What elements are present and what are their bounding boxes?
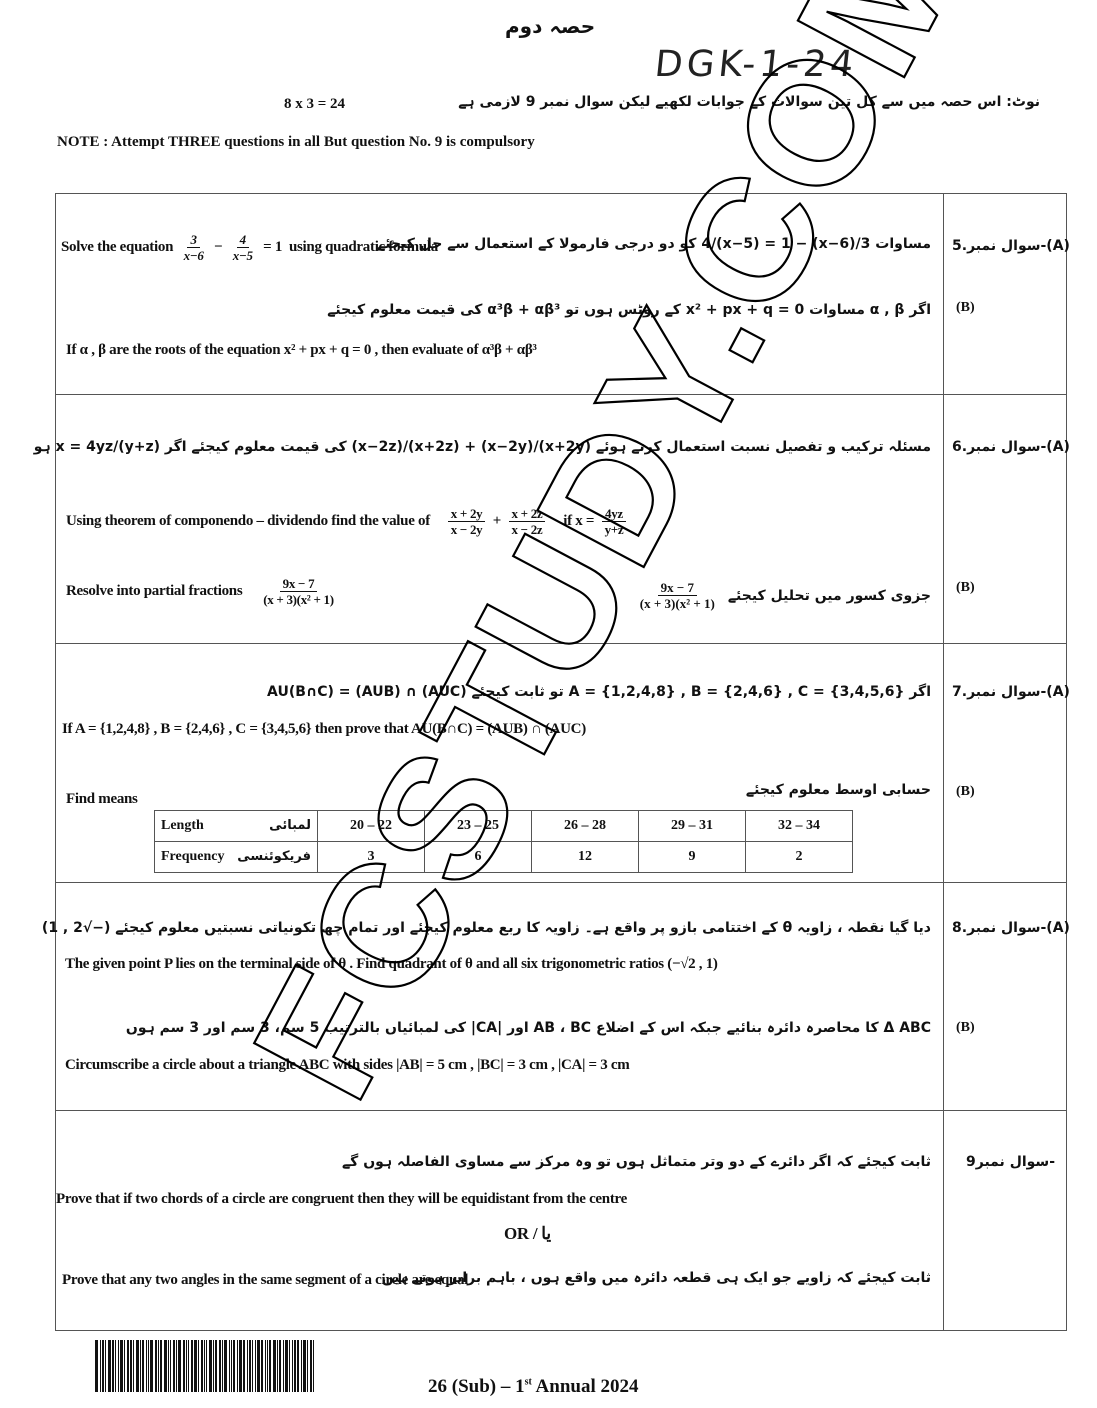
- q9-english-1: Prove that if two chords of a circle are…: [56, 1191, 627, 1208]
- q5a-prefix: Solve the equation: [61, 239, 173, 255]
- q5a-urdu: مساوات 3/(x−6) − 4/(x−5) = 1 کو دو درجی …: [377, 236, 931, 252]
- section-title: حصہ دوم: [505, 14, 595, 38]
- q8a-urdu: دیا گیا نقطہ ، زاویہ θ کے اختتامی بازو پ…: [42, 920, 931, 936]
- class-cell: 23 – 25: [425, 811, 532, 842]
- barcode-bar: [303, 1340, 306, 1392]
- condition: if x =: [563, 513, 594, 529]
- barcode-bar: [146, 1340, 147, 1392]
- question-number-label: سوال نمبر.8-(A): [952, 920, 1070, 936]
- or-separator: OR / یا: [504, 1224, 551, 1244]
- denominator: x−6: [181, 248, 207, 263]
- barcode-bar: [206, 1340, 207, 1392]
- barcode-bar: [191, 1340, 193, 1392]
- barcode-bar: [285, 1340, 288, 1392]
- barcode-bar: [310, 1340, 312, 1392]
- class-cell: 32 – 34: [746, 811, 853, 842]
- barcode-bar: [204, 1340, 205, 1392]
- barcode-bar: [289, 1340, 290, 1392]
- fraction: 4yzy+z: [602, 506, 627, 537]
- barcode-bar: [155, 1340, 157, 1392]
- barcode-bar: [130, 1340, 132, 1392]
- q6b-urdu-text: جزوی کسور میں تحلیل کیجئے: [728, 588, 931, 604]
- part-label-b: (B): [956, 300, 975, 316]
- barcode-bar: [243, 1340, 245, 1392]
- barcode-bar: [150, 1340, 153, 1392]
- barcode-bar: [257, 1340, 260, 1392]
- barcode-bar: [255, 1340, 256, 1392]
- row-divider: [56, 643, 1066, 644]
- barcode-bar: [252, 1340, 253, 1392]
- table-row: Lengthلمبائی 20 – 22 23 – 25 26 – 28 29 …: [155, 811, 853, 842]
- note-english: NOTE : Attempt THREE questions in all Bu…: [57, 134, 535, 151]
- numerator: 3: [187, 232, 199, 248]
- barcode-bar: [273, 1340, 276, 1392]
- handwritten-code: DGK-1-24: [653, 44, 859, 85]
- fraction: x + 2zx − 2z: [509, 506, 546, 537]
- question-table: سوال نمبر.5-(A) مساوات 3/(x−6) − 4/(x−5)…: [55, 193, 1067, 1331]
- row-divider: [56, 394, 1066, 395]
- barcode-bar: [269, 1340, 271, 1392]
- q7a-english: If A = {1,2,4,8} , B = {2,4,6} , C = {3,…: [62, 721, 586, 738]
- barcode-bar: [108, 1340, 111, 1392]
- barcode-bar: [279, 1340, 281, 1392]
- barcode-bar: [178, 1340, 181, 1392]
- barcode-bar: [102, 1340, 104, 1392]
- barcode-bar: [112, 1340, 114, 1392]
- barcode-bar: [231, 1340, 232, 1392]
- barcode: [95, 1340, 405, 1392]
- barcode-bar: [198, 1340, 199, 1392]
- table-row: Frequencyفریکوئنسی 3 6 12 9 2: [155, 842, 853, 873]
- barcode-bar: [186, 1340, 187, 1392]
- part-label-b: (B): [956, 580, 975, 596]
- barcode-bar: [301, 1340, 302, 1392]
- barcode-bar: [249, 1340, 251, 1392]
- q9-urdu-1: ثابت کیجئے کہ اگر دائرے کے دو وتر متماثل…: [342, 1154, 931, 1170]
- part-label-b: (B): [956, 1020, 975, 1036]
- barcode-bar: [115, 1340, 116, 1392]
- q6b-english: Resolve into partial fractions 9x − 7(x …: [66, 576, 341, 607]
- barcode-bar: [140, 1340, 141, 1392]
- paper-code-number: 26 (Sub) – 1: [428, 1376, 525, 1397]
- frequency-cell: 6: [425, 842, 532, 873]
- fraction: x + 2yx − 2y: [448, 506, 486, 537]
- exam-name: Annual 2024: [536, 1376, 639, 1397]
- q5b-urdu: اگر α , β مساوات x² + px + q = 0 کے روٹس…: [327, 302, 931, 318]
- row-divider: [56, 882, 1066, 883]
- barcode-bar: [158, 1340, 159, 1392]
- class-cell: 26 – 28: [532, 811, 639, 842]
- fraction: 9x − 7(x + 3)(x² + 1): [260, 576, 337, 607]
- barcode-bar: [118, 1340, 119, 1392]
- fraction: 3x−6: [181, 232, 207, 263]
- q6a-prefix: Using theorem of componendo – dividendo …: [66, 513, 430, 529]
- q6b-prefix: Resolve into partial fractions: [66, 583, 242, 599]
- class-cell: 20 – 22: [318, 811, 425, 842]
- barcode-bar: [188, 1340, 189, 1392]
- barcode-bar: [294, 1340, 296, 1392]
- question-number-label: سوال نمبر9-: [966, 1154, 1055, 1170]
- frequency-cell: 3: [318, 842, 425, 873]
- q6b-urdu: جزوی کسور میں تحلیل کیجئے 9x − 7(x + 3)(…: [633, 580, 931, 611]
- numerator: 4: [237, 232, 249, 248]
- barcode-bar: [209, 1340, 212, 1392]
- ordinal-suffix: st: [525, 1377, 532, 1388]
- row-divider: [56, 1110, 1066, 1111]
- barcode-bar: [124, 1340, 125, 1392]
- class-cell: 29 – 31: [639, 811, 746, 842]
- question-number-label: سوال نمبر.7-(A): [952, 684, 1070, 700]
- barcode-bar: [265, 1340, 266, 1392]
- barcode-bar: [160, 1340, 162, 1392]
- q7b-english: Find means: [66, 791, 138, 808]
- denominator: (x + 3)(x² + 1): [637, 596, 718, 611]
- barcode-bar: [307, 1340, 308, 1392]
- denominator: x−5: [230, 248, 256, 263]
- barcode-bar: [213, 1340, 214, 1392]
- barcode-bar: [100, 1340, 101, 1392]
- barcode-bar: [219, 1340, 221, 1392]
- barcode-bar: [133, 1340, 134, 1392]
- denominator: x − 2y: [448, 522, 486, 537]
- frequency-cell: 9: [639, 842, 746, 873]
- question-number-label: سوال نمبر.5-(A): [952, 238, 1070, 254]
- q8b-english: Circumscribe a circle about a triangle A…: [65, 1057, 629, 1074]
- q5b-english: If α , β are the roots of the equation x…: [66, 342, 537, 359]
- barcode-bar: [233, 1340, 235, 1392]
- barcode-bar: [105, 1340, 106, 1392]
- numerator: x + 2z: [509, 506, 546, 522]
- frequency-cell: 12: [532, 842, 639, 873]
- barcode-bar: [201, 1340, 203, 1392]
- q9-english-2: Prove that any two angles in the same se…: [62, 1272, 468, 1289]
- paper-code: 26 (Sub) – 1st Annual 2024: [428, 1376, 639, 1398]
- numerator: 9x − 7: [280, 576, 318, 592]
- note-urdu: نوٹ: اس حصہ میں سے کل تین سوالات کے جواب…: [458, 94, 1040, 110]
- q5a-suffix: using quadratic formula: [289, 239, 438, 255]
- barcode-bar: [183, 1340, 185, 1392]
- row-header-frequency: Frequencyفریکوئنسی: [155, 842, 318, 873]
- barcode-bar: [127, 1340, 129, 1392]
- column-divider: [943, 194, 944, 1330]
- q7a-urdu: اگر A = {1,2,4,8} , B = {2,4,6} , C = {3…: [267, 684, 931, 700]
- barcode-bar: [168, 1340, 169, 1392]
- barcode-bar: [148, 1340, 149, 1392]
- fraction: 9x − 7(x + 3)(x² + 1): [637, 580, 718, 611]
- denominator: y+z: [602, 522, 627, 537]
- fraction: 4x−5: [230, 232, 256, 263]
- barcode-bar: [136, 1340, 139, 1392]
- q7b-urdu: حسابی اوسط معلوم کیجئے: [746, 782, 931, 798]
- barcode-bar: [142, 1340, 144, 1392]
- frequency-table: Lengthلمبائی 20 – 22 23 – 25 26 – 28 29 …: [154, 810, 853, 873]
- barcode-bar: [292, 1340, 293, 1392]
- numerator: 9x − 7: [658, 580, 697, 596]
- marks-distribution: 8 x 3 = 24: [284, 96, 345, 113]
- barcode-bar: [95, 1340, 98, 1392]
- q8a-english: The given point P lies on the terminal s…: [65, 956, 718, 973]
- barcode-bar: [297, 1340, 299, 1392]
- barcode-bar: [170, 1340, 171, 1392]
- row-header-length: Lengthلمبائی: [155, 811, 318, 842]
- part-label-b: (B): [956, 784, 975, 800]
- rhs: = 1: [263, 239, 282, 255]
- question-number-label: سوال نمبر.6-(A): [952, 439, 1070, 455]
- barcode-bar: [176, 1340, 177, 1392]
- barcode-bar: [224, 1340, 227, 1392]
- numerator: x + 2y: [448, 506, 486, 522]
- barcode-bar: [173, 1340, 175, 1392]
- q8b-urdu: Δ ABC کا محاصرہ دائرہ بنائیے جبکہ اس کے …: [126, 1020, 931, 1036]
- barcode-bar: [215, 1340, 217, 1392]
- barcode-bar: [277, 1340, 278, 1392]
- barcode-bar: [261, 1340, 263, 1392]
- barcode-bar: [267, 1340, 268, 1392]
- frequency-cell: 2: [746, 842, 853, 873]
- barcode-bar: [247, 1340, 248, 1392]
- barcode-bar: [194, 1340, 197, 1392]
- numerator: 4yz: [602, 506, 626, 522]
- q6a-english: Using theorem of componendo – dividendo …: [66, 506, 630, 537]
- barcode-bar: [164, 1340, 167, 1392]
- barcode-bar: [229, 1340, 230, 1392]
- barcode-bar: [313, 1340, 314, 1392]
- denominator: x − 2z: [509, 522, 546, 537]
- barcode-bar: [222, 1340, 223, 1392]
- barcode-bar: [283, 1340, 284, 1392]
- barcode-bar: [237, 1340, 238, 1392]
- q5a-english: Solve the equation 3x−6 − 4x−5 = 1 using…: [61, 232, 438, 263]
- denominator: (x + 3)(x² + 1): [260, 592, 337, 607]
- barcode-bar: [239, 1340, 242, 1392]
- q6a-urdu: مسئلہ ترکیب و تفصیل نسبت استعمال کرتے ہو…: [34, 439, 931, 455]
- barcode-bar: [120, 1340, 123, 1392]
